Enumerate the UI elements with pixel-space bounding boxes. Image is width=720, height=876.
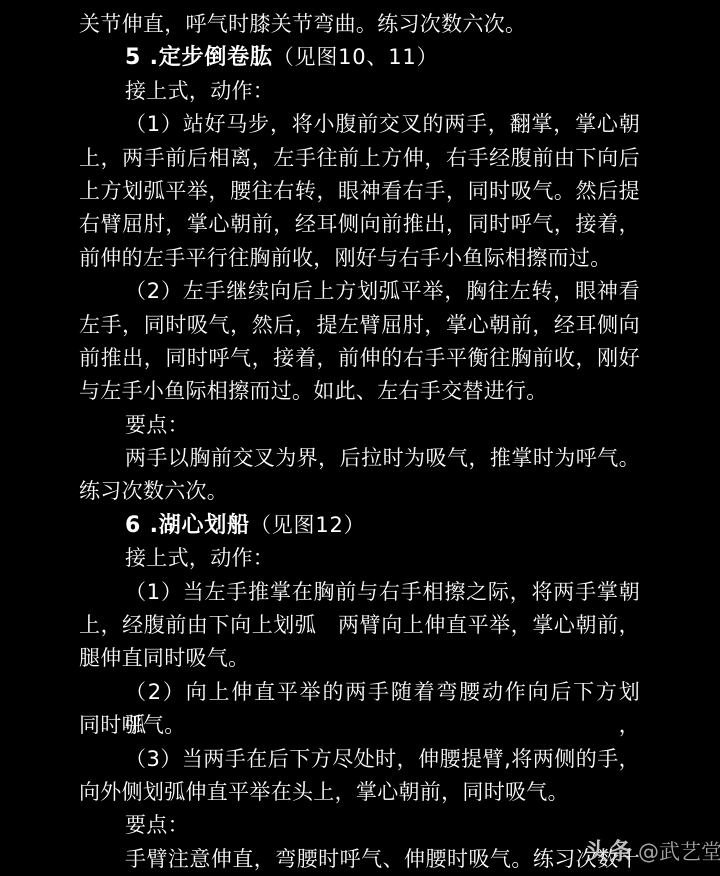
scanned-book-page: 关节伸直，呼气时膝关节弯曲。练习次数六次。5 .定步倒卷肱（见图10、11）接上… bbox=[0, 0, 720, 876]
section-heading-line: 5 .定步倒卷肱（见图10、11） bbox=[79, 41, 640, 74]
text-line: 腿伸直同时吸气。 bbox=[79, 642, 640, 675]
text-line: 要点： bbox=[79, 409, 640, 442]
text-line: 与左手小鱼际相擦而过。如此、左右手交替进行。 bbox=[79, 375, 640, 408]
text-line: 上方划弧平举，腰往右转，眼神看右手，同时吸气。然后提 bbox=[79, 175, 640, 208]
toutiao-watermark: 头条@武艺堂 bbox=[585, 833, 720, 866]
text-line: 接上式，动作： bbox=[79, 542, 640, 575]
text-line: 练习次数六次。 bbox=[79, 475, 640, 508]
text-line: 接上式，动作： bbox=[79, 75, 640, 108]
text-line: 两手以胸前交叉为界，后拉时为吸气，推掌时为呼气。 bbox=[79, 442, 640, 475]
text-line: 向外侧划弧伸直平举在头上，掌心朝前，同时吸气。 bbox=[79, 776, 640, 809]
text-line: 关节伸直，呼气时膝关节弯曲。练习次数六次。 bbox=[79, 8, 640, 41]
text-line: （2）左手继续向后上方划弧平举，胸往左转，眼神看 bbox=[79, 275, 640, 308]
section-heading-title: 5 .定步倒卷肱 bbox=[125, 45, 273, 70]
watermark-account-handle: @武艺堂 bbox=[638, 840, 720, 864]
text-line: （1）站好马步，将小腹前交叉的两手，翻掌，掌心朝 bbox=[79, 108, 640, 141]
text-line: 要点： bbox=[79, 809, 640, 842]
section-heading-line: 6 .湖心划船（见图12） bbox=[79, 509, 640, 542]
text-line: （2）向上伸直平举的两手随着弯腰动作向后下方划弧， bbox=[79, 676, 640, 709]
section-heading-figure-ref: （见图10、11） bbox=[273, 45, 439, 69]
text-line: 上，经腹前由下向上划弧 两臂向上伸直平举，掌心朝前， bbox=[79, 609, 640, 642]
section-heading-figure-ref: （见图12） bbox=[250, 513, 366, 537]
text-line: 前推出，同时呼气，接着，前伸的右手平衡往胸前收，刚好 bbox=[79, 342, 640, 375]
text-line: （1）当左手推掌在胸前与右手相擦之际，将两手掌朝 bbox=[79, 576, 640, 609]
section-heading-title: 6 .湖心划船 bbox=[125, 513, 250, 538]
page-text: 关节伸直，呼气时膝关节弯曲。练习次数六次。5 .定步倒卷肱（见图10、11）接上… bbox=[79, 8, 640, 876]
watermark-toutiao-logo: 头条 bbox=[585, 839, 633, 865]
text-line: 右臂屈肘，掌心朝前，经耳侧向前推出，同时呼气，接着， bbox=[79, 208, 640, 241]
text-line: 上，两手前后相离，左手往前上方伸，右手经腹前由下向后 bbox=[79, 142, 640, 175]
text-line: （3）当两手在后下方尽处时，伸腰提臂,将两侧的手， bbox=[79, 743, 640, 776]
text-line: 前伸的左手平行往胸前收，刚好与右手小鱼际相擦而过。 bbox=[79, 242, 640, 275]
text-line: 左手，同时吸气，然后，提左臂屈肘，掌心朝前，经耳侧向 bbox=[79, 309, 640, 342]
text-line: 手臂注意伸直，弯腰时呼气、伸腰时吸气。练习次数十 bbox=[79, 843, 640, 876]
